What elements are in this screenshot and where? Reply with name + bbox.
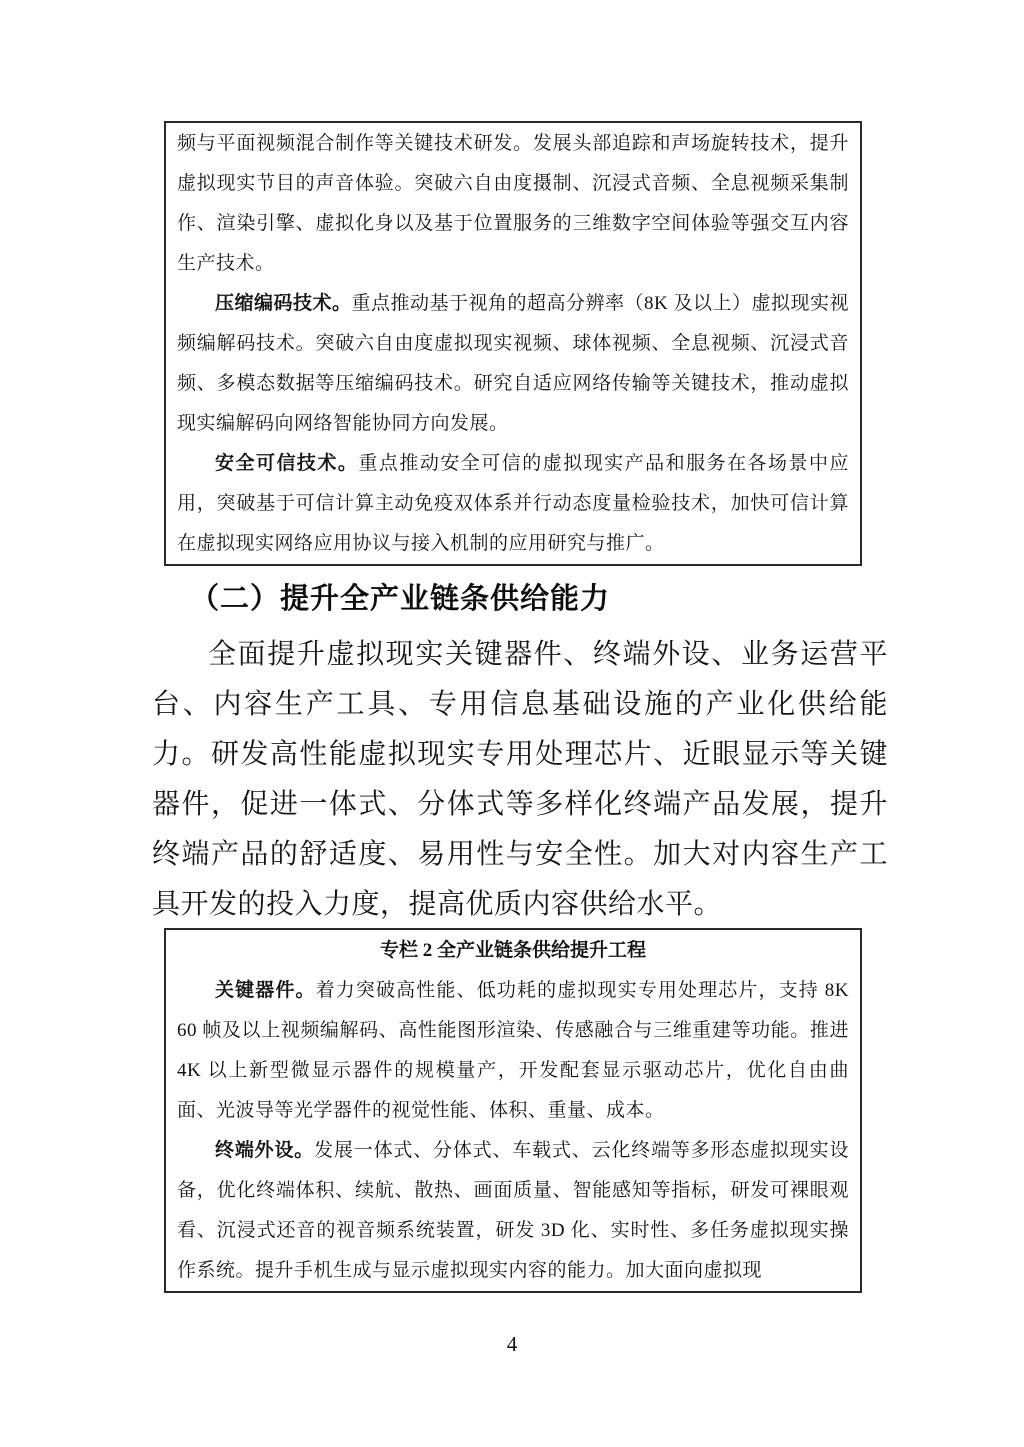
callout-box-supply-chain-project: 专栏 2 全产业链条供给提升工程 关键器件。着力突破高性能、低功耗的虚拟现实专用…	[164, 928, 862, 1293]
section-body-paragraph: 全面提升虚拟现实关键器件、终端外设、业务运营平台、内容生产工具、专用信息基础设施…	[152, 630, 888, 930]
box-paragraph: 终端外设。发展一体式、分体式、车载式、云化终端等多形态虚拟现实设备，优化终端体积…	[177, 1131, 849, 1291]
callout-box-title: 专栏 2 全产业链条供给提升工程	[177, 931, 849, 971]
page-number: 4	[0, 1332, 1024, 1357]
document-page: 频与平面视频混合制作等关键技术研发。发展头部追踪和声场旋转技术，提升虚拟现实节目…	[0, 0, 1024, 1447]
box-paragraph: 频与平面视频混合制作等关键技术研发。发展头部追踪和声场旋转技术，提升虚拟现实节目…	[177, 124, 849, 284]
box-paragraph-lead: 安全可信技术。	[215, 453, 358, 474]
callout-box-key-technologies: 频与平面视频混合制作等关键技术研发。发展头部追踪和声场旋转技术，提升虚拟现实节目…	[164, 121, 862, 566]
section-heading: （二）提升全产业链条供给能力	[190, 578, 610, 620]
box-paragraph-lead: 压缩编码技术。	[215, 293, 352, 314]
box-paragraph: 关键器件。着力突破高性能、低功耗的虚拟现实专用处理芯片，支持 8K 60 帧及以…	[177, 971, 849, 1131]
box-paragraph-lead: 关键器件。	[215, 980, 316, 1001]
box-paragraph: 安全可信技术。重点推动安全可信的虚拟现实产品和服务在各场景中应用，突破基于可信计…	[177, 444, 849, 564]
callout-box-body: 关键器件。着力突破高性能、低功耗的虚拟现实专用处理芯片，支持 8K 60 帧及以…	[177, 971, 849, 1291]
box-paragraph-lead: 终端外设。	[215, 1140, 314, 1161]
box-paragraph: 压缩编码技术。重点推动基于视角的超高分辨率（8K 及以上）虚拟现实视频编解码技术…	[177, 284, 849, 444]
